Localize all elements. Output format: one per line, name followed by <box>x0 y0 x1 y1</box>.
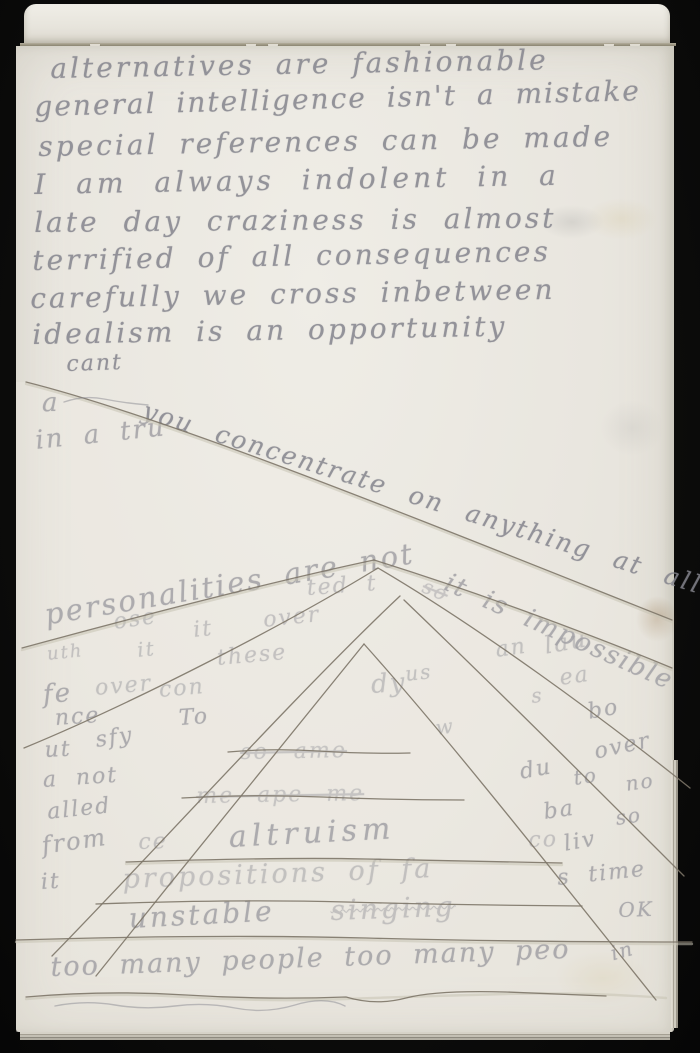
photo-backdrop: alternatives are fashionable general int… <box>0 0 700 1053</box>
cut-lines-overlay <box>0 0 700 1053</box>
revealed-page-tint <box>16 382 672 1032</box>
